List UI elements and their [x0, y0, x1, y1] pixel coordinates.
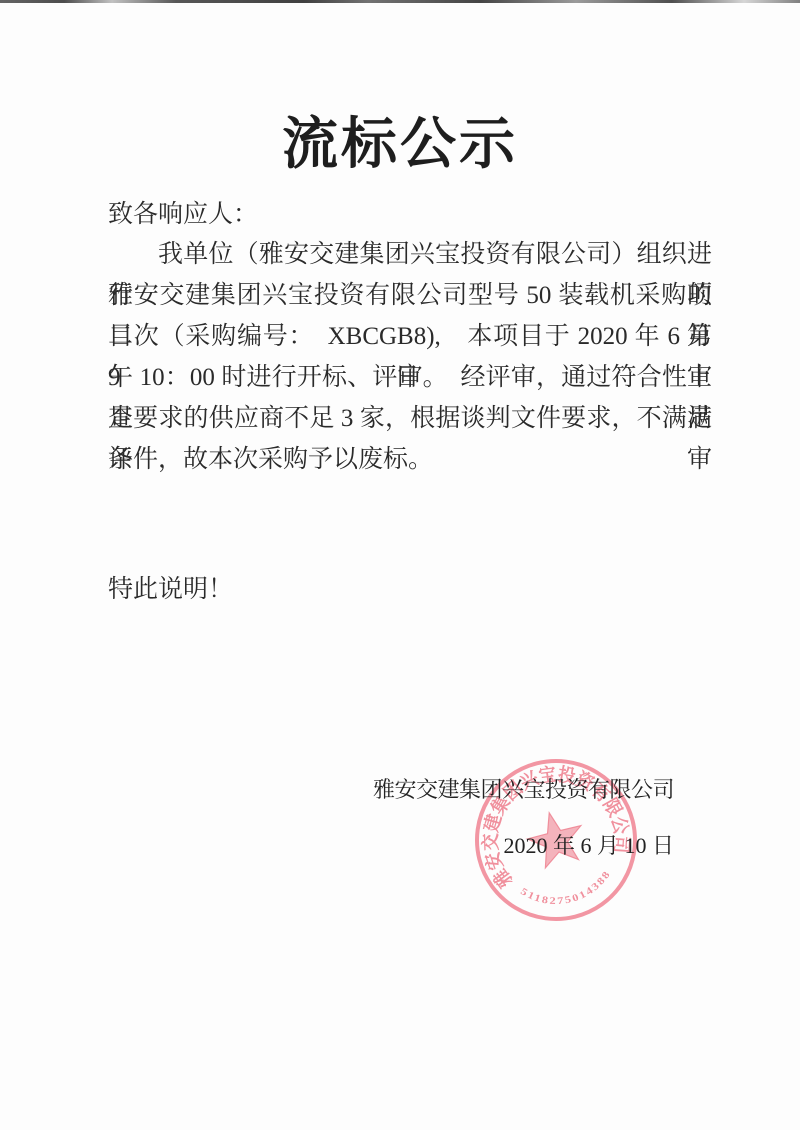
body-line: 我单位（雅安交建集团兴宝投资有限公司）组织进行的	[108, 234, 712, 275]
body-line: 二次（采购编号： XBCGB8), 本项目于 2020 年 6 月 9 日上	[108, 316, 712, 357]
body-line: 午 10：00 时进行开标、评审。 经评审，通过符合性审查满	[108, 357, 712, 398]
body-line: 雅安交建集团兴宝投资有限公司型号 50 装载机采购项目第	[108, 275, 712, 316]
scan-artifact-top-edge	[0, 0, 800, 3]
svg-text:5118275014388: 5118275014388	[516, 864, 618, 917]
seal-serial-number: 5118275014388	[516, 864, 618, 917]
scanned-document-page: 流标公示 致各响应人： 我单位（雅安交建集团兴宝投资有限公司）组织进行的 雅安交…	[0, 0, 800, 1130]
body-paragraph: 我单位（雅安交建集团兴宝投资有限公司）组织进行的 雅安交建集团兴宝投资有限公司型…	[108, 234, 712, 480]
salutation: 致各响应人：	[108, 194, 258, 235]
signature-company: 雅安交建集团兴宝投资有限公司	[373, 773, 674, 804]
closing-note: 特此说明！	[108, 569, 233, 610]
document-title: 流标公示	[0, 100, 800, 180]
signature-date: 2020 年 6 月 10 日	[503, 829, 674, 860]
body-line: 足要求的供应商不足 3 家，根据谈判文件要求，不满足评审	[108, 398, 712, 439]
